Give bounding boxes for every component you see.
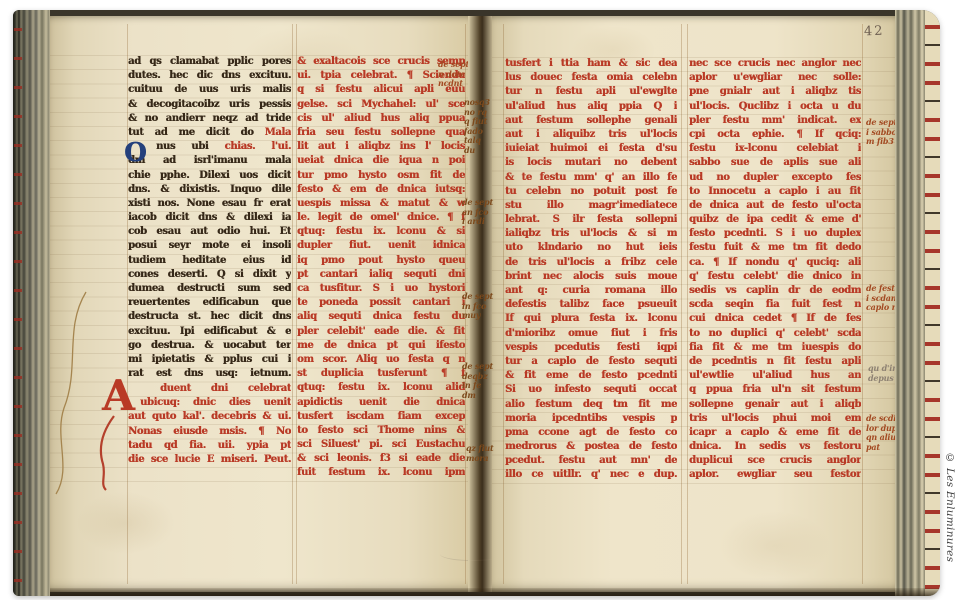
gutter-annotation-2: de septan fcoi ardi <box>462 198 502 227</box>
manuscript-line: aut i aliquibz tris ul'locis <box>505 128 677 142</box>
manuscript-line: de tris ul'locis a fribz cele <box>505 256 677 270</box>
manuscript-line: an fco <box>462 208 502 218</box>
manuscript-line: tudiem heditate eius id <box>128 254 291 268</box>
manuscript-line: excituu. Ipi edificabut & e <box>128 325 291 339</box>
manuscript-line: ul'ewtlie ul'aliud hus an <box>689 369 861 383</box>
manuscript-line: festu fuit & me tm fit dedo <box>689 241 861 255</box>
manuscript-line: lit aut i aliqbz ins l' locis <box>297 140 465 154</box>
manuscript-line: te poneda possit cantari i <box>297 296 465 310</box>
open-manuscript-book: ad qs clamabat pplic poresdutes. hec dic… <box>13 10 940 596</box>
manuscript-line: duplicui sce crucis anglor <box>689 454 861 468</box>
manuscript-line: quibz de ipa cedit & eme d' <box>689 213 861 227</box>
manuscript-line: tut ad me dicit do Mala <box>128 126 291 140</box>
manuscript-line: reuertentes edificabun que <box>128 296 291 310</box>
manuscript-line: dutes. hec dic dns excituu. <box>128 69 291 83</box>
manuscript-line: aplor u'ewgliar nec solle: <box>689 71 861 85</box>
manuscript-line: cpi octa ephie. ¶ If qciq: <box>689 128 861 142</box>
manuscript-line: iacob dicit dns & dilexi ia <box>128 211 291 225</box>
manuscript-line: i ardi <box>462 217 502 227</box>
manuscript-line: cuituu de uus uris malis <box>128 83 291 97</box>
manuscript-line: scda seqin fia fuit fest n <box>689 298 861 312</box>
illuminated-initial-O: O <box>124 140 147 166</box>
manuscript-line: aut quto kal'. decebris & ui. <box>128 410 291 424</box>
manuscript-line: gelse. sci Mychahel: ul' sce <box>297 98 465 112</box>
manuscript-line: defestis talibz face psueuit <box>505 298 677 312</box>
manuscript-line: tu celebn no potuit post fe <box>505 185 677 199</box>
manuscript-line: nec sce crucis nec anglor nec <box>689 57 861 71</box>
manuscript-line: Si uo infesto sequti occat <box>505 383 677 397</box>
manuscript-line: brint nec alocis suis moue <box>505 270 677 284</box>
left-edge-red-marks <box>14 14 22 592</box>
manuscript-line: uto klndario no hut ieis <box>505 241 677 255</box>
manuscript-line: pcedut. festu aut mn' de <box>505 454 677 468</box>
manuscript-line: sabbo sue de aplis sue ali <box>689 156 861 170</box>
manuscript-line: aplor. ewgliar seu festor <box>689 468 861 482</box>
manuscript-line: nosq3 <box>464 98 504 108</box>
manuscript-line: uespis missa & matut & w <box>297 197 465 211</box>
manuscript-line: iq pmo pout hysto queu <box>297 254 465 268</box>
manuscript-line: ud no dupler excepto fes <box>689 171 861 185</box>
manuscript-line: & te festu mm' q' an illo fe <box>505 171 677 185</box>
manuscript-line: to no duplici q' celebt' scda <box>689 327 861 341</box>
manuscript-line: & fit eme de festo pcednti <box>505 369 677 383</box>
manuscript-line: mi ipietatis & pplus cui i <box>128 353 291 367</box>
ruling-line-vertical <box>862 24 863 584</box>
manuscript-line: tris ul'locis phui moi em <box>689 412 861 426</box>
copyright-credit: © Les Enluminures <box>944 452 956 597</box>
manuscript-line: pma ccone agt de festo co <box>505 426 677 440</box>
folio-number: 42 <box>864 24 885 40</box>
initial-flourish-tail <box>96 414 120 492</box>
manuscript-line: qtuq: festu ix. lconu & si <box>297 225 465 239</box>
manuscript-line: de sept <box>462 198 502 208</box>
manuscript-line: tadu qd fia. uii. ypia pt <box>128 439 291 453</box>
left-page-column-2: & exaltacois sce crucis sempui. tpia cel… <box>297 55 465 481</box>
manuscript-line: chie pphe. Dilexi uos dicit <box>128 169 291 183</box>
manuscript-line: pler celebit' eade die. & fit <box>297 325 465 339</box>
bottom-page-edge <box>50 588 940 596</box>
manuscript-line: ul'locis. Quclibz i octa u du <box>689 100 861 114</box>
manuscript-line: le. legit de omel' dnice. ¶ f <box>297 211 465 225</box>
manuscript-line: cones deserti. Q si dixit y <box>128 268 291 282</box>
manuscript-line: dupler fiut. uenit idnica <box>297 239 465 253</box>
manuscript-line: in fe <box>462 381 502 391</box>
manuscript-line: & no andierr neqz ad tride <box>128 112 291 126</box>
manuscript-line: fado <box>464 127 504 137</box>
manuscript-line: cui dnica cedet ¶ If de fes <box>689 312 861 326</box>
manuscript-line: qtuq: festu ix. lconu alid <box>297 381 465 395</box>
manuscript-line: rat est dns usq: ietnum. <box>128 367 291 381</box>
gutter-annotation-1: nosq3no rqq fiutfadotalqdu <box>464 98 504 155</box>
manuscript-line: lus douec festa omia celebn <box>505 71 677 85</box>
manuscript-line: festo & em de dnica iutsq: <box>297 183 465 197</box>
right-page-column-1: tusfert i ttia ham & sic dealus douec fe… <box>505 57 677 483</box>
manuscript-line: ant q: curia romana illo <box>505 284 677 298</box>
manuscript-line: in fco <box>462 302 502 312</box>
manuscript-line: aut festum sollephe genali <box>505 114 677 128</box>
manuscript-line: ad qs clamabat pplic pores <box>128 55 291 69</box>
manuscript-line: ueiat dnica die iqua n poi <box>297 154 465 168</box>
manuscript-line: pne gnialr aut i aliqbz tis <box>689 85 861 99</box>
gutter-annotation-3: de septin fcomuy <box>462 292 502 321</box>
gutter-annotation-5: qz fiutmora <box>466 444 506 463</box>
manuscript-line: to Innocetu a caplo i au fit <box>689 185 861 199</box>
manuscript-line: sci Siluest' pi. sci Eustachu <box>297 438 465 452</box>
manuscript-line: fia fit & me tm iuespis do <box>689 341 861 355</box>
manuscript-line: tur pmo hysto osm fit de <box>297 169 465 183</box>
manuscript-line: sedis vs caplin dr de eodm <box>689 284 861 298</box>
manuscript-line: no rq <box>464 108 504 118</box>
left-page-column-1: ad qs clamabat pplic poresdutes. hec dic… <box>128 55 291 381</box>
manuscript-line: dns. & dixistis. Inquo dile <box>128 183 291 197</box>
manuscript-line: go destrua. & uocabut ter <box>128 339 291 353</box>
manuscript-line: deqbz <box>462 372 502 382</box>
manuscript-line: illo ce uitllr. q' nec e dup. <box>505 468 677 482</box>
manuscript-line: de pcedntis n fit festu apli <box>689 355 861 369</box>
manuscript-line: de sept <box>462 362 502 372</box>
manuscript-line: vespis pcedutis festi iqpi <box>505 341 677 355</box>
manuscript-line: sollepne genair aut i aliqb <box>689 398 861 412</box>
manuscript-line: pler festu mm' indicat. ex <box>689 114 861 128</box>
manuscript-line: duent dni celebrat <box>128 382 291 396</box>
manuscript-line: alio festum deq tm fit me <box>505 398 677 412</box>
manuscript-line: ialiqbz tris ul'locis & si m <box>505 227 677 241</box>
manuscript-line: medrorus & postea de festo <box>505 440 677 454</box>
right-page-edges <box>895 10 925 596</box>
left-page-rubric-block: duent dni celebratubicuq: dnic dies ueni… <box>128 382 291 467</box>
manuscript-line: festo pcednti. S i uo duplex <box>689 227 861 241</box>
manuscript-line: lebrat. S ilr festa sollepni <box>505 213 677 227</box>
manuscript-line: iuieiat huimoi ei festa d'su <box>505 142 677 156</box>
manuscript-line: moria ipcedntibs vespis p <box>505 412 677 426</box>
manuscript-line: ubicuq: dnic dies uenit <box>128 396 291 410</box>
right-page: 42 tusfert i ttia ham & sic dealus douec… <box>492 16 895 592</box>
manuscript-line: to festo sci Thome nins & <box>297 424 465 438</box>
manuscript-line: om scor. Aliq uo festa q n <box>297 353 465 367</box>
manuscript-line: st duplicia tusferunt ¶ f <box>297 367 465 381</box>
manuscript-line: ca tusfitur. S i uo hystori <box>297 282 465 296</box>
pen-flourish <box>50 288 92 500</box>
manuscript-line: ca. ¶ If nondu q' quciq: ali <box>689 256 861 270</box>
manuscript-line: tur a caplo de festo sequti <box>505 355 677 369</box>
fore-edge-red-marks <box>925 10 940 596</box>
manuscript-line: dnica. In sedis vs festoru <box>689 440 861 454</box>
manuscript-line: is locis mutari no debent <box>505 156 677 170</box>
manuscript-line: xisti nos. None esau fr erat <box>128 197 291 211</box>
manuscript-line: fuit festum ix. lconu ipm <box>297 466 465 480</box>
manuscript-line: muy <box>462 311 502 321</box>
manuscript-photograph: ad qs clamabat pplic poresdutes. hec dic… <box>0 0 972 600</box>
manuscript-line: If qui plura festa ix. lconu <box>505 312 677 326</box>
gutter-annotation-4: de septdeqbzin fedm <box>462 362 502 400</box>
manuscript-line: tusfert iscdam fiam excep <box>297 410 465 424</box>
manuscript-line: ul'aliud hus aliq ppia Q i <box>505 100 677 114</box>
manuscript-line: qz fiut <box>466 444 506 454</box>
ruling-line-vertical <box>681 24 682 584</box>
manuscript-line: festu ix-lconu celebiat i <box>689 142 861 156</box>
manuscript-line: Nonas eiusde msis. ¶ No <box>128 425 291 439</box>
manuscript-line: me de dnica pt qui ifesto <box>297 339 465 353</box>
manuscript-line: stu illo magr'imediatece <box>505 199 677 213</box>
ruling-line-vertical <box>687 24 688 584</box>
manuscript-line: cob esau aut odio hui. Et <box>128 225 291 239</box>
manuscript-line: posui seyr mote ei insoli <box>128 239 291 253</box>
manuscript-line: q' festu celebt' die dnico in <box>689 270 861 284</box>
manuscript-line: nus ubi chias. l'ui. <box>128 140 291 154</box>
manuscript-line: du <box>464 146 504 156</box>
manuscript-line: destructa st. hec dicit dns <box>128 310 291 324</box>
manuscript-line: & sci leonis. f3 si eade die <box>297 452 465 466</box>
manuscript-line: de dnica aut de festo ul'octa <box>689 199 861 213</box>
manuscript-line: tusfert i ttia ham & sic dea <box>505 57 677 71</box>
manuscript-line: & decogitacoibz uris pessis <box>128 98 291 112</box>
manuscript-line: dumea destructi sum sed <box>128 282 291 296</box>
manuscript-line: q fiut <box>464 117 504 127</box>
right-page-column-2: nec sce crucis nec anglor necaplor u'ewg… <box>689 57 861 483</box>
manuscript-line: tur n festu apli ul'ewglte <box>505 85 677 99</box>
manuscript-line: d'mioribz omue fiut i fris <box>505 327 677 341</box>
manuscript-line: die sce lucie E miseri. Peut. <box>128 453 291 467</box>
left-page: ad qs clamabat pplic poresdutes. hec dic… <box>50 16 470 592</box>
manuscript-line: dm ad isrl'imanu mala <box>128 154 291 168</box>
manuscript-line: q ppua fria ul'n sit festum <box>689 383 861 397</box>
manuscript-line: fria seu festu sollepne qua <box>297 126 465 140</box>
left-page-edges <box>13 10 50 596</box>
rubric-initial-A: A <box>102 376 135 416</box>
ruling-line-vertical <box>292 24 293 584</box>
manuscript-line: talq <box>464 136 504 146</box>
manuscript-line: icapr a caplo & eme fit de <box>689 426 861 440</box>
manuscript-line: apidictis uenit die dnica <box>297 396 465 410</box>
manuscript-line: pt cantari ialiq sequti dni <box>297 268 465 282</box>
manuscript-line: cis ul' aliud hus aliq ppua <box>297 112 465 126</box>
manuscript-line: aliq sequti dnica festu du <box>297 310 465 324</box>
manuscript-line: mora <box>466 454 506 464</box>
manuscript-line: dm <box>462 391 502 401</box>
manuscript-line: de sept <box>462 292 502 302</box>
